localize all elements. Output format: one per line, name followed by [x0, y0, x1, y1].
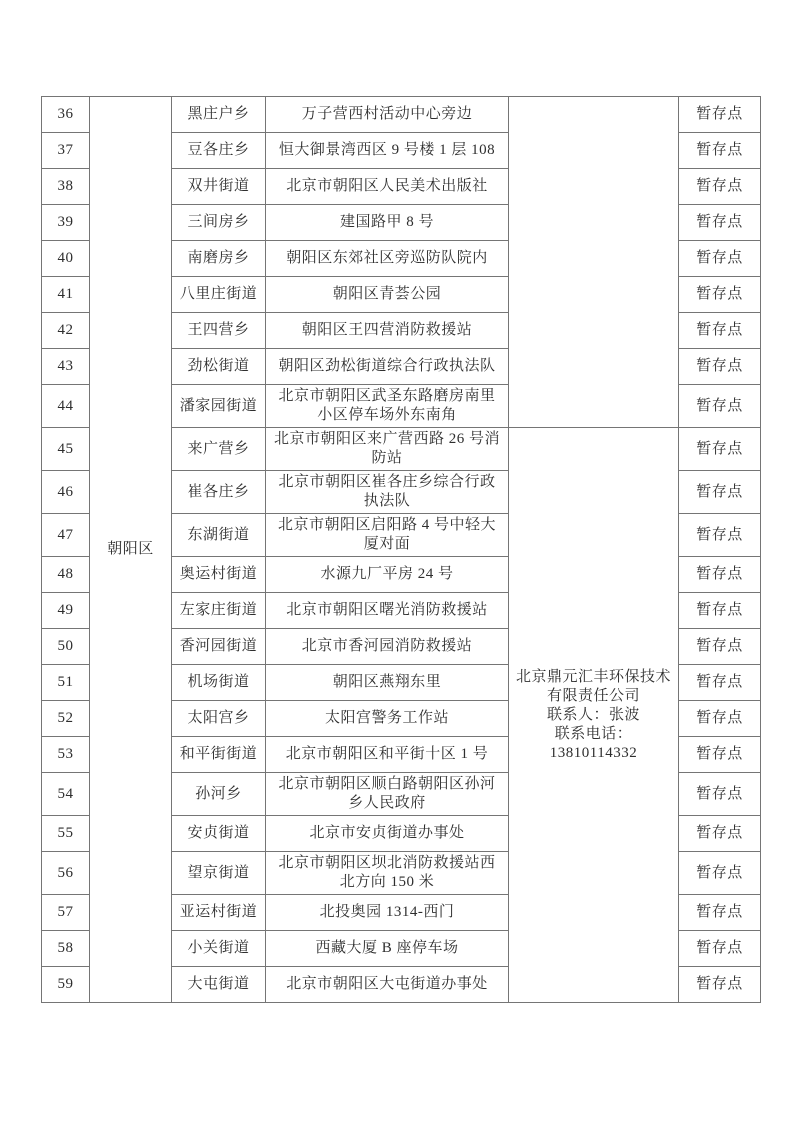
row-number-cell: 40 — [42, 241, 90, 277]
address-cell: 朝阳区劲松街道综合行政执法队 — [266, 349, 509, 385]
row-number-cell: 50 — [42, 629, 90, 665]
address-cell: 北京市朝阳区曙光消防救援站 — [266, 593, 509, 629]
row-number-cell: 56 — [42, 852, 90, 895]
row-number-cell: 46 — [42, 471, 90, 514]
storage-point-cell: 暂存点 — [679, 349, 761, 385]
address-cell: 朝阳区青荟公园 — [266, 277, 509, 313]
row-number-cell: 38 — [42, 169, 90, 205]
street-cell: 亚运村街道 — [172, 895, 266, 931]
address-cell: 恒大御景湾西区 9 号楼 1 层 108 — [266, 133, 509, 169]
row-number-cell: 44 — [42, 385, 90, 428]
storage-point-cell: 暂存点 — [679, 385, 761, 428]
street-cell: 左家庄街道 — [172, 593, 266, 629]
storage-point-cell: 暂存点 — [679, 241, 761, 277]
street-cell: 南磨房乡 — [172, 241, 266, 277]
row-number-cell: 43 — [42, 349, 90, 385]
street-cell: 和平街街道 — [172, 737, 266, 773]
storage-point-cell: 暂存点 — [679, 277, 761, 313]
storage-point-cell: 暂存点 — [679, 97, 761, 133]
address-cell: 北京市朝阳区启阳路 4 号中轻大厦对面 — [266, 514, 509, 557]
row-number-cell: 42 — [42, 313, 90, 349]
street-cell: 太阳宫乡 — [172, 701, 266, 737]
address-cell: 北京市朝阳区武圣东路磨房南里小区停车场外东南角 — [266, 385, 509, 428]
address-cell: 万子营西村活动中心旁边 — [266, 97, 509, 133]
street-cell: 黑庄户乡 — [172, 97, 266, 133]
storage-point-cell: 暂存点 — [679, 133, 761, 169]
address-cell: 太阳宫警务工作站 — [266, 701, 509, 737]
company-cell-empty — [509, 97, 679, 428]
storage-points-table: 36朝阳区黑庄户乡万子营西村活动中心旁边暂存点37豆各庄乡恒大御景湾西区 9 号… — [41, 96, 761, 1003]
street-cell: 望京街道 — [172, 852, 266, 895]
street-cell: 双井街道 — [172, 169, 266, 205]
address-cell: 北京市朝阳区和平街十区 1 号 — [266, 737, 509, 773]
storage-point-cell: 暂存点 — [679, 737, 761, 773]
document-page: 36朝阳区黑庄户乡万子营西村活动中心旁边暂存点37豆各庄乡恒大御景湾西区 9 号… — [0, 0, 800, 1131]
address-cell: 水源九厂平房 24 号 — [266, 557, 509, 593]
street-cell: 东湖街道 — [172, 514, 266, 557]
street-cell: 奥运村街道 — [172, 557, 266, 593]
row-number-cell: 54 — [42, 773, 90, 816]
address-cell: 北京市朝阳区来广营西路 26 号消防站 — [266, 428, 509, 471]
address-cell: 北京市安贞街道办事处 — [266, 816, 509, 852]
address-cell: 北京市朝阳区大屯街道办事处 — [266, 967, 509, 1003]
row-number-cell: 36 — [42, 97, 90, 133]
address-cell: 朝阳区王四营消防救援站 — [266, 313, 509, 349]
address-cell: 北京市朝阳区顺白路朝阳区孙河乡人民政府 — [266, 773, 509, 816]
address-cell: 北京市香河园消防救援站 — [266, 629, 509, 665]
row-number-cell: 58 — [42, 931, 90, 967]
storage-point-cell: 暂存点 — [679, 514, 761, 557]
company-contact: 联系人：张波 — [515, 706, 672, 725]
address-cell: 北京市朝阳区人民美术出版社 — [266, 169, 509, 205]
storage-point-cell: 暂存点 — [679, 205, 761, 241]
street-cell: 潘家园街道 — [172, 385, 266, 428]
storage-point-cell: 暂存点 — [679, 701, 761, 737]
row-number-cell: 55 — [42, 816, 90, 852]
row-number-cell: 41 — [42, 277, 90, 313]
row-number-cell: 47 — [42, 514, 90, 557]
address-cell: 朝阳区燕翔东里 — [266, 665, 509, 701]
row-number-cell: 51 — [42, 665, 90, 701]
address-cell: 西藏大厦 B 座停车场 — [266, 931, 509, 967]
row-number-cell: 48 — [42, 557, 90, 593]
storage-point-cell: 暂存点 — [679, 773, 761, 816]
row-number-cell: 45 — [42, 428, 90, 471]
company-cell: 北京鼎元汇丰环保技术有限责任公司联系人：张波联系电话：13810114332 — [509, 428, 679, 1003]
address-cell: 北投奥园 1314-西门 — [266, 895, 509, 931]
street-cell: 王四营乡 — [172, 313, 266, 349]
row-number-cell: 52 — [42, 701, 90, 737]
street-cell: 大屯街道 — [172, 967, 266, 1003]
storage-point-cell: 暂存点 — [679, 593, 761, 629]
storage-point-cell: 暂存点 — [679, 169, 761, 205]
table-row: 36朝阳区黑庄户乡万子营西村活动中心旁边暂存点 — [42, 97, 761, 133]
storage-point-cell: 暂存点 — [679, 895, 761, 931]
storage-point-cell: 暂存点 — [679, 428, 761, 471]
street-cell: 豆各庄乡 — [172, 133, 266, 169]
address-cell: 建国路甲 8 号 — [266, 205, 509, 241]
storage-point-cell: 暂存点 — [679, 816, 761, 852]
company-phone: 联系电话：13810114332 — [515, 725, 672, 763]
street-cell: 香河园街道 — [172, 629, 266, 665]
row-number-cell: 59 — [42, 967, 90, 1003]
table-body: 36朝阳区黑庄户乡万子营西村活动中心旁边暂存点37豆各庄乡恒大御景湾西区 9 号… — [42, 97, 761, 1003]
storage-point-cell: 暂存点 — [679, 557, 761, 593]
row-number-cell: 53 — [42, 737, 90, 773]
storage-point-cell: 暂存点 — [679, 967, 761, 1003]
storage-point-cell: 暂存点 — [679, 629, 761, 665]
storage-point-cell: 暂存点 — [679, 665, 761, 701]
street-cell: 小关街道 — [172, 931, 266, 967]
storage-point-cell: 暂存点 — [679, 313, 761, 349]
street-cell: 劲松街道 — [172, 349, 266, 385]
street-cell: 来广营乡 — [172, 428, 266, 471]
storage-point-cell: 暂存点 — [679, 471, 761, 514]
company-name: 北京鼎元汇丰环保技术有限责任公司 — [515, 668, 672, 706]
row-number-cell: 49 — [42, 593, 90, 629]
street-cell: 崔各庄乡 — [172, 471, 266, 514]
street-cell: 三间房乡 — [172, 205, 266, 241]
address-cell: 朝阳区东郊社区旁巡防队院内 — [266, 241, 509, 277]
street-cell: 八里庄街道 — [172, 277, 266, 313]
row-number-cell: 57 — [42, 895, 90, 931]
street-cell: 孙河乡 — [172, 773, 266, 816]
storage-point-cell: 暂存点 — [679, 931, 761, 967]
street-cell: 机场街道 — [172, 665, 266, 701]
district-cell: 朝阳区 — [90, 97, 172, 1003]
storage-point-cell: 暂存点 — [679, 852, 761, 895]
address-cell: 北京市朝阳区坝北消防救援站西北方向 150 米 — [266, 852, 509, 895]
street-cell: 安贞街道 — [172, 816, 266, 852]
address-cell: 北京市朝阳区崔各庄乡综合行政执法队 — [266, 471, 509, 514]
row-number-cell: 39 — [42, 205, 90, 241]
row-number-cell: 37 — [42, 133, 90, 169]
